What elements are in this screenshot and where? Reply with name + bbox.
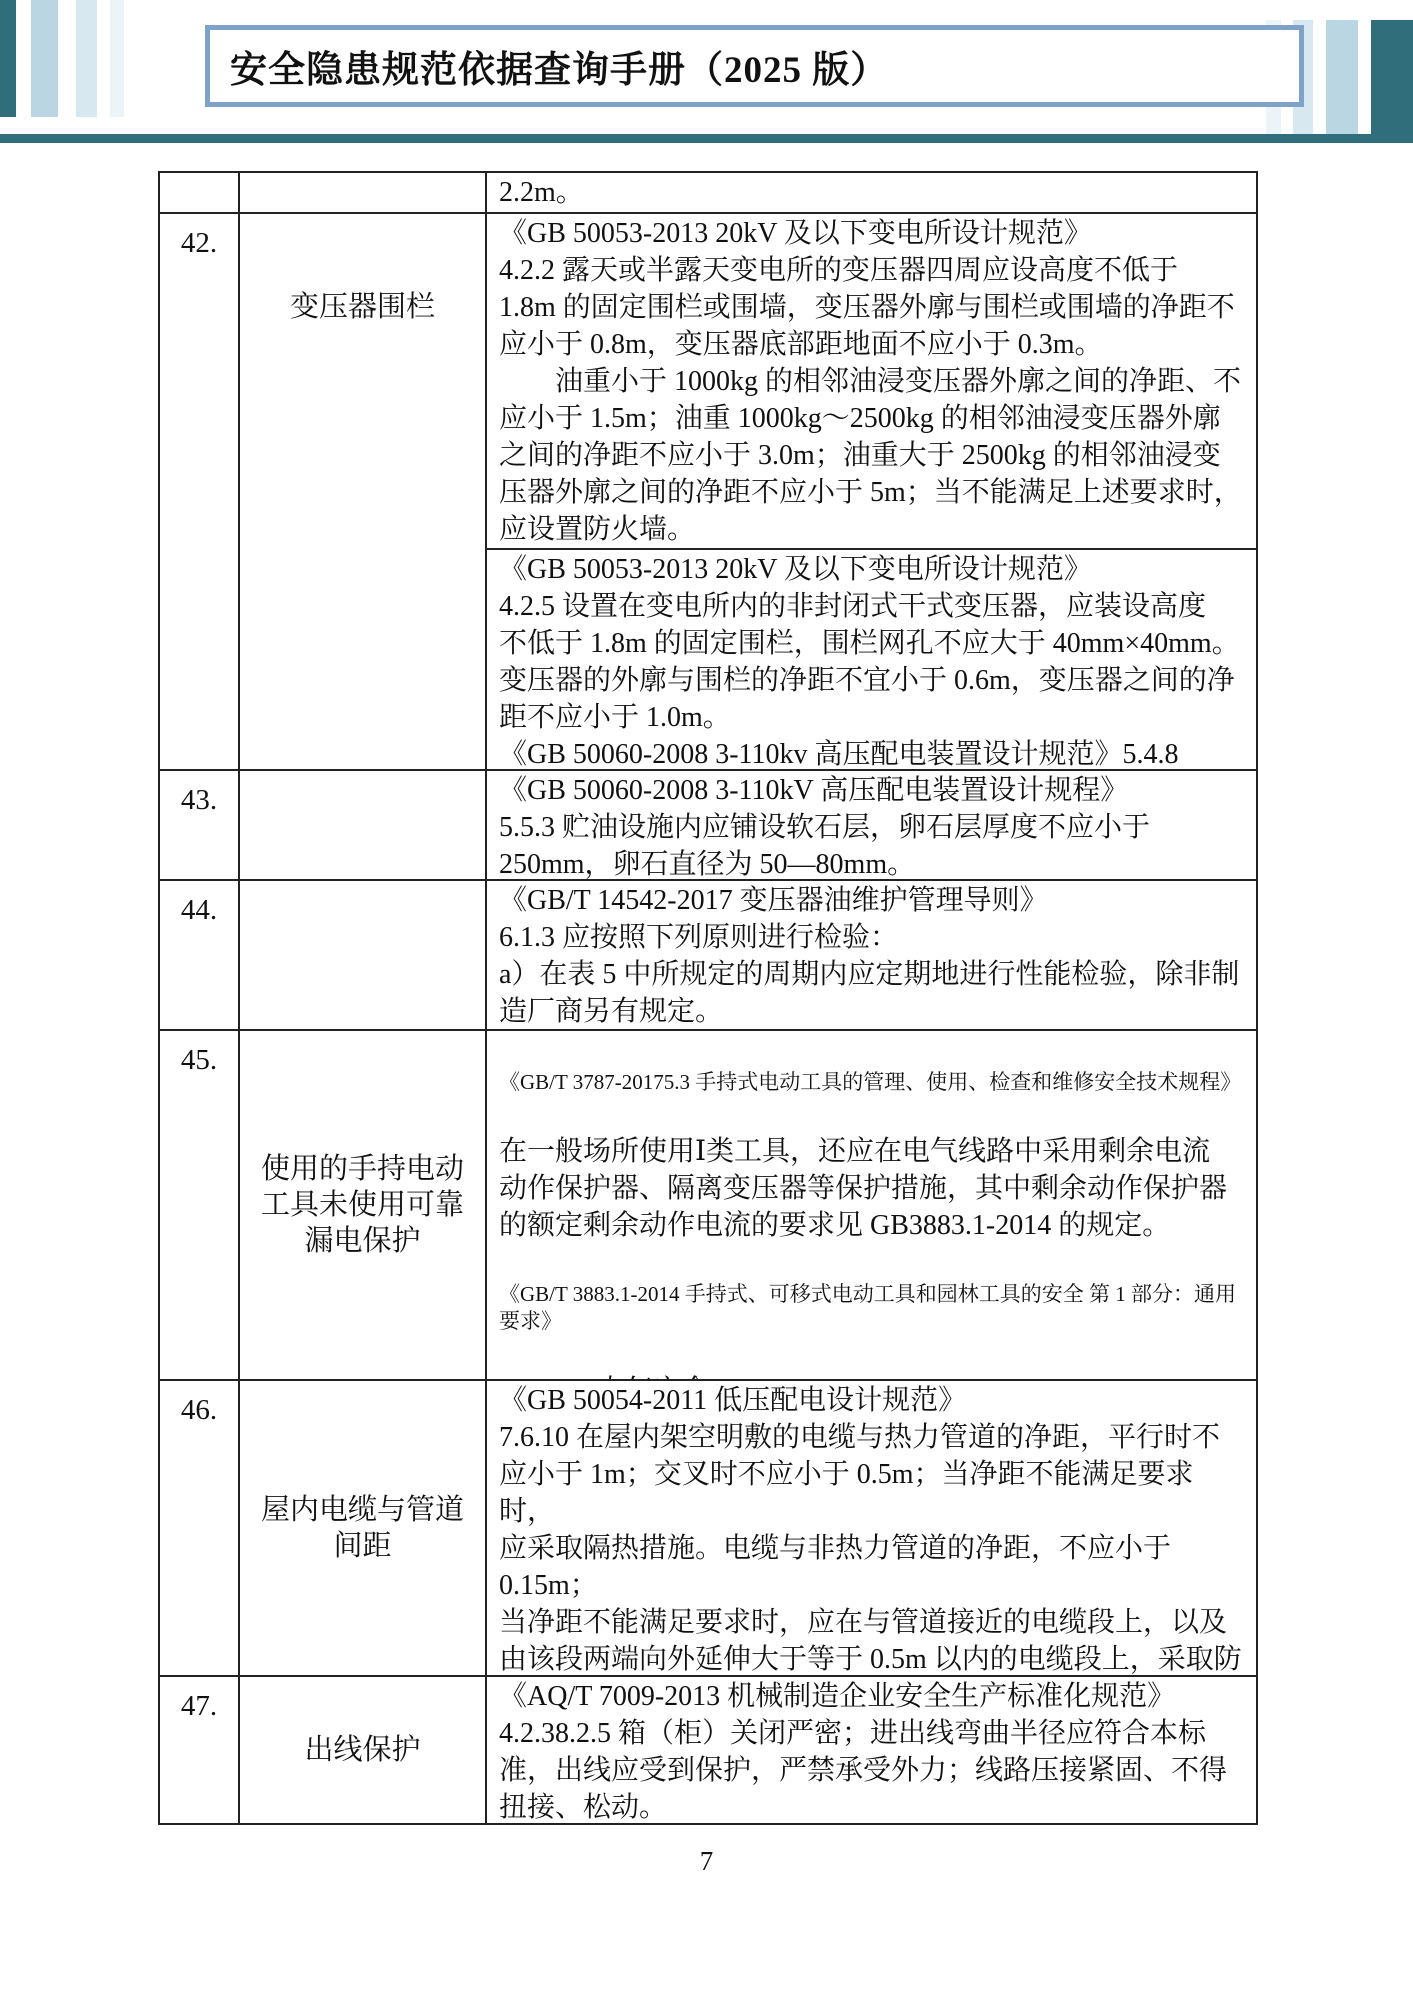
row-content-cell: 《GB 50060-2008 3-110kV 高压配电装置设计规程》 5.5.3… [487, 771, 1256, 879]
regulation-citation-small: 《GB/T 3883.1-2014 手持式、可移式电动工具和园林工具的安全 第 … [499, 1281, 1248, 1335]
row-number-cell: 43. [160, 771, 240, 879]
page-title: 安全隐患规范依据查询手册（2025 版） [210, 39, 888, 93]
row-content-cell: 《GB 50054-2011 低压配电设计规范》 7.6.10 在屋内架空明敷的… [487, 1381, 1256, 1675]
header-bar-left-dark [0, 0, 16, 117]
row-content-cell: 《GB 50053-2013 20kV 及以下变电所设计规范》 4.2.2 露天… [487, 214, 1256, 769]
header-bar-right-dark [1371, 20, 1413, 139]
row-category-cell [240, 881, 487, 1029]
row-content-cell: 《GB/T 14542-2017 变压器油维护管理导则》 6.1.3 应按照下列… [487, 881, 1256, 1029]
row-category-cell [240, 771, 487, 879]
row-category-cell: 出线保护 [240, 1677, 487, 1823]
header-rule [0, 134, 1413, 143]
row-category-cell: 使用的手持电动 工具未使用可靠 漏电保护 [240, 1031, 487, 1379]
regulation-text-block: 《GB 50053-2013 20kV 及以下变电所设计规范》 4.2.2 露天… [487, 214, 1256, 548]
title-box: 安全隐患规范依据查询手册（2025 版） [205, 25, 1304, 107]
document-page: 安全隐患规范依据查询手册（2025 版） 2.2m。 42. 变压器围栏 《GB… [0, 0, 1413, 2000]
row-category-cell: 变压器围栏 [240, 214, 487, 769]
header-bar-left-light-2 [76, 0, 97, 117]
header-bar-right-light-1 [1326, 20, 1358, 137]
page-number: 7 [0, 1846, 1413, 1877]
row-number-cell: 45. [160, 1031, 240, 1379]
table-row: 43. 《GB 50060-2008 3-110kV 高压配电装置设计规程》 5… [160, 769, 1256, 879]
row-category-cell [240, 173, 487, 212]
row-content-cell: 《GB/T 3787-20175.3 手持式电动工具的管理、使用、检查和维修安全… [487, 1031, 1256, 1379]
table-row: 2.2m。 [160, 173, 1256, 212]
regulation-table: 2.2m。 42. 变压器围栏 《GB 50053-2013 20kV 及以下变… [158, 171, 1258, 1825]
row-category-cell: 屋内电缆与管道 间距 [240, 1381, 487, 1675]
regulation-text-block: 在一般场所使用Ⅰ类工具，还应在电气线路中采用剩余电流 动作保护器、隔离变压器等保… [499, 1133, 1248, 1244]
header-bar-left-light-1 [31, 0, 58, 117]
table-row: 47. 出线保护 《AQ/T 7009-2013 机械制造企业安全生产标准化规范… [160, 1675, 1256, 1823]
header-bar-left-light-3 [110, 0, 124, 117]
row-number-cell: 44. [160, 881, 240, 1029]
table-row: 46. 屋内电缆与管道 间距 《GB 50054-2011 低压配电设计规范》 … [160, 1379, 1256, 1675]
table-row: 45. 使用的手持电动 工具未使用可靠 漏电保护 《GB/T 3787-2017… [160, 1029, 1256, 1379]
table-row: 44. 《GB/T 14542-2017 变压器油维护管理导则》 6.1.3 应… [160, 879, 1256, 1029]
row-content-cell: 2.2m。 [487, 173, 1256, 212]
row-number-cell [160, 173, 240, 212]
table-row: 42. 变压器围栏 《GB 50053-2013 20kV 及以下变电所设计规范… [160, 212, 1256, 769]
row-number-cell: 42. [160, 214, 240, 769]
regulation-text-block: 8.14.1.1 电气安全 1）电动工具插头必须与插座相配。绝不能以任何方式改装… [499, 1372, 1248, 1379]
regulation-text-block: 《GB 50053-2013 20kV 及以下变电所设计规范》 4.2.5 设置… [487, 548, 1256, 769]
row-content-cell: 《AQ/T 7009-2013 机械制造企业安全生产标准化规范》 4.2.38.… [487, 1677, 1256, 1823]
regulation-citation-small: 《GB/T 3787-20175.3 手持式电动工具的管理、使用、检查和维修安全… [499, 1069, 1248, 1096]
row-number-cell: 47. [160, 1677, 240, 1823]
row-number-cell: 46. [160, 1381, 240, 1675]
